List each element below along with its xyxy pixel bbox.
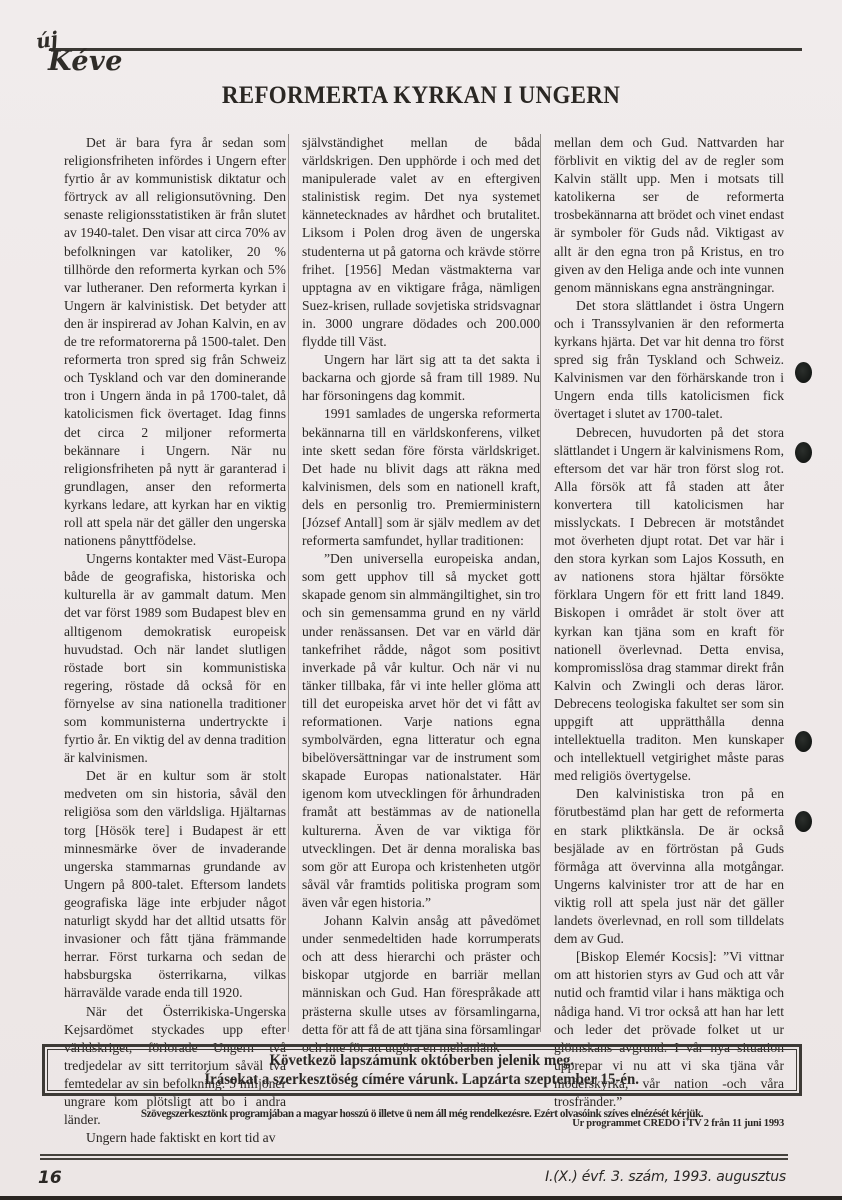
column-3: mellan dem och Gud. Nattvarden har förbl… [540,134,784,1032]
paragraph: Debrecen, huvudorten på det stora slättl… [554,424,784,786]
footer-rule [40,1154,788,1160]
notice-inner-frame: Következö lapszámunk októberben jelenik … [47,1049,797,1091]
column-2: självständighet mellan de båda världskri… [288,134,540,1032]
notice-next-issue: Következö lapszámunk októberben jelenik … [270,1051,575,1070]
paragraph: Den kalvinistiska tron på en förutbestäm… [554,785,784,948]
paragraph: självständighet mellan de båda världskri… [302,134,540,351]
quote-paragraph: ”Den universella europeiska andan, som g… [302,550,540,912]
column-1: Det är bara fyra år sedan som religionsf… [64,134,286,1147]
paragraph: Ungern har lärt sig att ta det sakta i b… [302,351,540,405]
binding-hole-icon [795,442,812,463]
paragraph: Det är bara fyra år sedan som religionsf… [64,134,286,550]
paragraph: Ungern hade faktiskt en kort tid av [64,1129,286,1147]
scan-edge [0,1196,842,1200]
article-body: Det är bara fyra år sedan som religionsf… [64,134,784,1032]
paragraph: Det stora slättlandet i östra Ungern och… [554,297,784,424]
binding-hole-icon [795,811,812,832]
binding-hole-icon [795,731,812,752]
notice-box: Következö lapszámunk októberben jelenik … [42,1044,802,1096]
masthead: új Kéve [36,24,816,80]
binding-hole-icon [795,362,812,383]
notice-submissions: Írásokat a szerkesztöség címére várunk. … [205,1070,640,1089]
magazine-page: új Kéve REFORMERTA KYRKAN I UNGERN Det ä… [0,0,842,1200]
page-number: 16 [38,1168,62,1188]
masthead-rule [50,48,802,51]
paragraph: Det är en kultur som är stolt medveten o… [64,767,286,1002]
font-disclaimer: Szövegszerkesztönk programjában a magyar… [42,1108,802,1120]
logo-name: Kéve [48,46,123,77]
issue-info: I.(X.) évf. 3. szám, 1993. augusztus [545,1169,786,1185]
paragraph: mellan dem och Gud. Nattvarden har förbl… [554,134,784,297]
article-title: REFORMERTA KYRKAN I UNGERN [0,80,842,109]
paragraph: Johann Kalvin ansåg att påvedömet under … [302,912,540,1057]
paragraph: 1991 samlades de ungerska reformerta bek… [302,405,540,550]
paragraph: Ungerns kontakter med Väst-Europa både d… [64,550,286,767]
